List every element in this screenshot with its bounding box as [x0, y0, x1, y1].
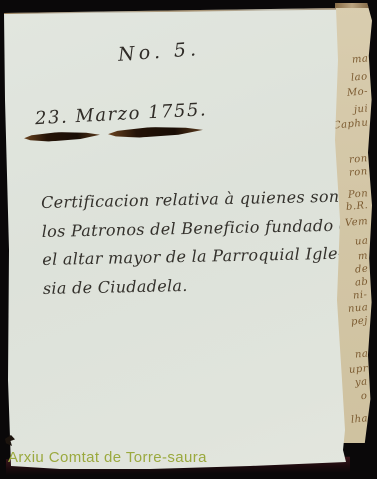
side-text-fragment: de: [354, 264, 368, 275]
side-text-fragment: Mo-: [346, 87, 368, 99]
side-text-fragment: ua: [354, 236, 368, 247]
side-text-fragment: m: [358, 252, 369, 263]
scan-photograph: malaoMo-juiCaphuronronPonb.R.Vemuamdeabn…: [0, 0, 377, 479]
side-text-fragment: ya: [355, 377, 368, 388]
side-text-fragment: Pon: [347, 189, 368, 201]
side-text-fragment: ron: [349, 167, 369, 179]
archive-watermark: Arxiu Comtat de Torre-saura: [8, 450, 207, 466]
ink-underline-right: [108, 125, 203, 138]
side-text-fragment: ma: [351, 54, 368, 65]
side-text-fragment: lha: [350, 414, 368, 425]
side-text-fragment: b.R.: [345, 201, 368, 213]
document-date: 23. Marzo 1755.: [35, 98, 236, 129]
side-text-fragment: Caphu: [332, 118, 368, 131]
side-text-fragment: ni-: [353, 290, 368, 301]
side-text-fragment: pej: [351, 316, 369, 327]
document-number: No. 5.: [117, 36, 228, 66]
side-text-fragment: upr: [348, 364, 368, 376]
page-top-burn-edge: [2, 5, 338, 14]
side-text-fragment: na: [354, 349, 368, 360]
underlying-page-burn-edge: [332, 3, 372, 8]
side-text-fragment: nua: [347, 303, 368, 315]
side-text-fragment: ron: [349, 154, 369, 166]
side-text-fragment: ab: [354, 277, 368, 288]
side-text-fragment: lao: [351, 72, 368, 83]
body-line: el altar mayor de la Parroquial Igle-: [42, 240, 328, 274]
side-text-fragment: Vem: [344, 217, 368, 229]
side-text-fragment: jui: [353, 104, 368, 115]
body-line: sia de Ciudadela.: [43, 269, 329, 303]
ink-underline-left: [24, 131, 100, 143]
manuscript-page: No. 5. 23. Marzo 1755. Certificacion rel…: [0, 0, 377, 479]
side-text-fragment: o: [361, 392, 368, 403]
document-body: Certificacion relativa à quienes son los…: [41, 183, 328, 303]
